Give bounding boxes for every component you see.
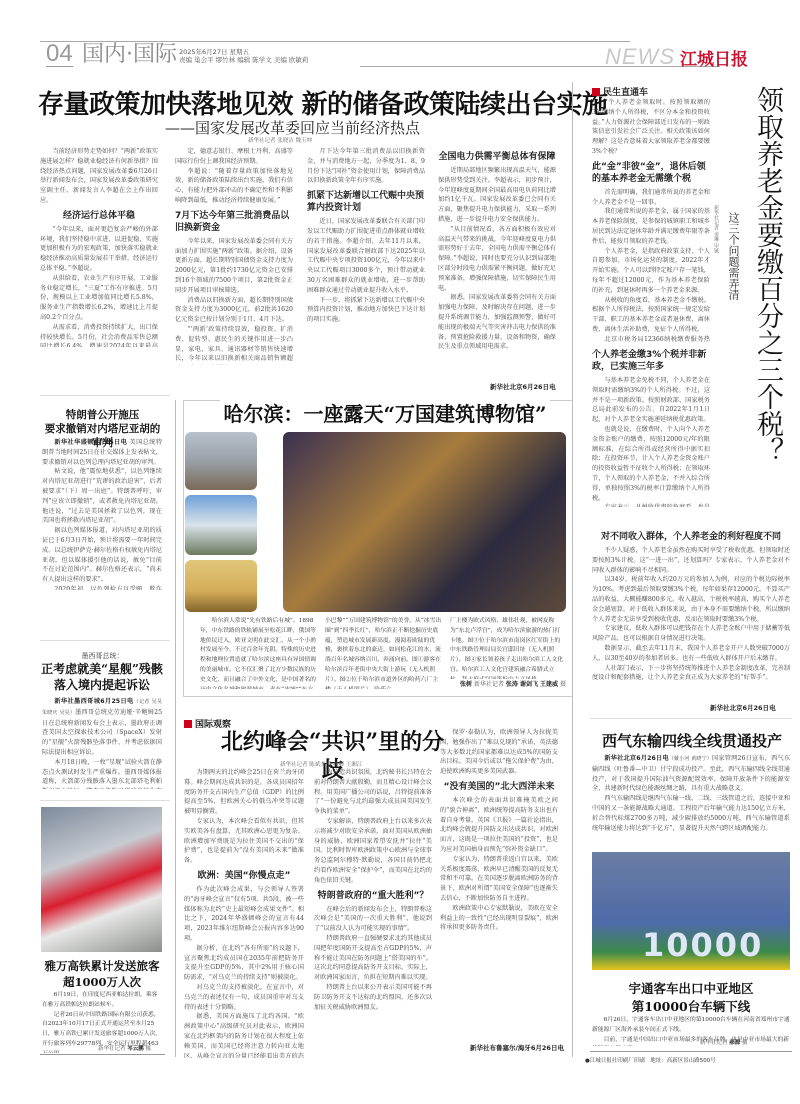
harbin-photo-credit: 张树 新华社记者 张涛 谢剑飞 王建威 摄 xyxy=(450,679,566,688)
lead-byline: 新华社记者 张晓洁 魏玉坤 xyxy=(248,136,312,144)
pension-vertical-subhead: 这三个问题需弄清 xyxy=(725,212,741,300)
column-kicker: 民生直通车 xyxy=(592,85,648,98)
dateline: 新华社华盛顿6月25日电 xyxy=(54,439,127,446)
nato-column-2: 为营造共识氛围，北约秘书长吕特在会前对特朗普大献殷勤，而且精心设计峰会议程。用美… xyxy=(314,768,432,1058)
masthead-meta: 2025年6月27日 星期五 责编 巢会平 缪竹林 编辑 陈学文 美编 欧敏莉 xyxy=(179,48,308,64)
subheading: 抓紧下达新增以工代赈中央预算内投资计划 xyxy=(307,190,425,214)
subheading: 此“金”非彼“金”，退休后领的基本养老金无需缴个税 xyxy=(592,161,710,185)
harbin-caption-1: 哈尔滨人常说“先有铁路后有城”。1898年，中东铁路的铁轨铺展至松花江畔，俄国等… xyxy=(200,617,318,689)
divider xyxy=(40,800,170,801)
pension-column-top: “个人养老金领取时，按照领取额的3%缴纳个人所得税，不区分本金和投资收益。”人力… xyxy=(592,98,710,342)
divider xyxy=(40,395,170,396)
bus-photo-credit: 新华社记者 郝源 摄 xyxy=(700,1038,748,1046)
page-number: 04 xyxy=(46,42,73,67)
subheading: 个人养老金缴3%个税并非新政，已实施三年多 xyxy=(592,349,710,373)
mexico-kicker: 墨西哥总统： xyxy=(40,651,165,661)
lead-column-2: 定，德意志银行、摩根士丹利、高盛等国际行份份上调我国经济预期。 李超说：“随着存… xyxy=(175,147,293,365)
subheading: 特朗普政府的“重大胜利”？ xyxy=(314,890,432,902)
bus-caption: 6月26日，宇通客车出口中亚地区的第10000台车辆在河南省郑州市宇通新能源厂区… xyxy=(592,1016,790,1046)
red-square-icon xyxy=(592,88,600,96)
issue-date: 2025年6月27日 星期五 xyxy=(179,48,308,56)
subheading: 欧洲：美国“你慢点走” xyxy=(184,870,304,882)
nato-byline: 新华社记者 陈斌杰 张兆卿 王湘江 xyxy=(280,760,362,768)
high-speed-train-photo xyxy=(41,807,162,952)
pension-byline: 新华社记者 姜琳 申铖 xyxy=(713,205,720,253)
bus-headline: 宇通客车出口中亚地区 第10000台车辆下线 xyxy=(592,980,790,1016)
subheading: 全国电力供需平衡总体有保障 xyxy=(438,151,556,163)
subheading: 对不同收入群体，个人养老金的利好程度不同 xyxy=(592,531,790,543)
divider xyxy=(40,1054,165,1055)
masthead-rule-top xyxy=(210,41,630,42)
nato-column-3: 保罗·泰勒认为，欧洲领导人为拉拢美国，勉强作出了“难以兑现的”承诺，英法德等大多… xyxy=(440,728,558,1048)
footer-printer-address: ●江城日报社印刷厂印刷 地址：高新区景山路500号 xyxy=(585,1056,716,1064)
pension-column-mid: 个人养老金缴3%个税并非新政，已实施三年多 与基本养老金免税不同，个人养老金在领… xyxy=(592,345,710,507)
nato-column-1: 为期两天的北约峰会25日在荷兰海牙闭幕。峰会期间达成共识的是，各成员国招年度防务… xyxy=(184,768,304,1058)
lead-dateline: 新华社北京6月26日电 xyxy=(490,382,556,391)
column-divider xyxy=(572,82,573,1057)
pension-column-bottom: 对不同收入群体，个人养老金的利好程度不同 不少人疑惑，个人养老金虽然在购买时享受… xyxy=(592,527,790,703)
column-divider xyxy=(175,400,176,1057)
newspaper-logo: 江城日报 xyxy=(680,45,748,70)
lead-subhead: ——国家发展改革委回应当前经济热点 xyxy=(165,117,420,138)
rail-photo-credit: 新华社记者 岑云鹏 摄 xyxy=(98,1044,151,1052)
photo-clock-tower xyxy=(185,432,257,490)
lead-column-1: 当前经济形势走势如何？“两新”政策实施进展怎样？稳就业稳经济有何新举措？围绕经济… xyxy=(40,147,158,347)
subheading: 7月下达今年第三批消费品以旧换新资金 xyxy=(175,210,293,234)
yutong-bus-photo: 10000 xyxy=(592,852,790,970)
nato-dateline: 新华社布鲁塞尔/海牙6月26日电 xyxy=(470,1043,564,1052)
harbin-headline: 哈尔滨：一座露天“万国建筑博物馆” xyxy=(200,398,570,427)
lead-column-4: 全国电力供需平衡总体有保障 近期局部地区频繁出现高温天气，能源保供形势受到关注。… xyxy=(438,147,556,365)
mexico-body: 新华社墨西哥城6月25日电（记者 吴昊 朱晓庆 吴昊）墨西哥总统克劳迪娅·辛鲍姆… xyxy=(42,697,162,789)
pension-vertical-headline: 领取养老金要缴百分之三个税？ xyxy=(748,86,784,464)
subheading: 经济运行总体平稳 xyxy=(40,210,158,222)
lead-column-3: 月下达今年第三批消费品以旧换新资金，并与消费地方一起，分季度为1、8、9月份下达… xyxy=(307,147,425,365)
photo-workers-cultural-palace xyxy=(185,560,257,612)
pension-dateline: 新华社北京6月26日电 xyxy=(710,703,776,712)
trump-body: 新华社华盛顿6月25日电 美国总统特朗普当地时间25日在社交媒体上发表帖文，要求… xyxy=(42,438,162,590)
footer-rule xyxy=(590,1051,792,1052)
divider xyxy=(40,640,170,641)
bus-photo-number: 10000 xyxy=(642,926,763,964)
harbin-caption-2: 小巴黎”“万国建筑博物馆”的美誉。从“冰雪出圈”到“四季长红”，哈尔滨正不断挖掘… xyxy=(325,617,443,689)
lead-headline: 存量政策加快落地见效 新的储备政策陆续出台实施 xyxy=(38,84,558,121)
subheading: “没有美国的”北大西洋未来 xyxy=(440,781,558,793)
photo-historic-building xyxy=(185,495,257,555)
section-title: 国内·国际 xyxy=(82,42,177,68)
news-label: NEWS xyxy=(605,44,675,70)
gas-body: 新华社北京6月26日电（戴小河 黄晓宁）国家管网26日宣布，西气东输四线（吐鲁番… xyxy=(592,754,790,846)
rail-headline: 雅万高铁累计发送旅客 超1000万人次 xyxy=(38,958,166,990)
harbin-caption-3: 厂主楼为欧式风格，雄伟壮观，被网友称为“东北卢浮宫”，成为哈尔滨旅游的热门打卡地… xyxy=(450,617,565,679)
photo-central-street-night xyxy=(283,432,566,612)
mexico-headline: 正考虑就美“星舰”残骸 落入境内提起诉讼 xyxy=(36,661,168,693)
editors-line: 责编 巢会平 缪竹林 编辑 陈学文 美编 欧敏莉 xyxy=(179,56,308,64)
red-square-icon xyxy=(184,720,192,728)
divider xyxy=(590,718,792,719)
gas-headline: 西气东输四线全线贯通投产 xyxy=(592,731,792,751)
